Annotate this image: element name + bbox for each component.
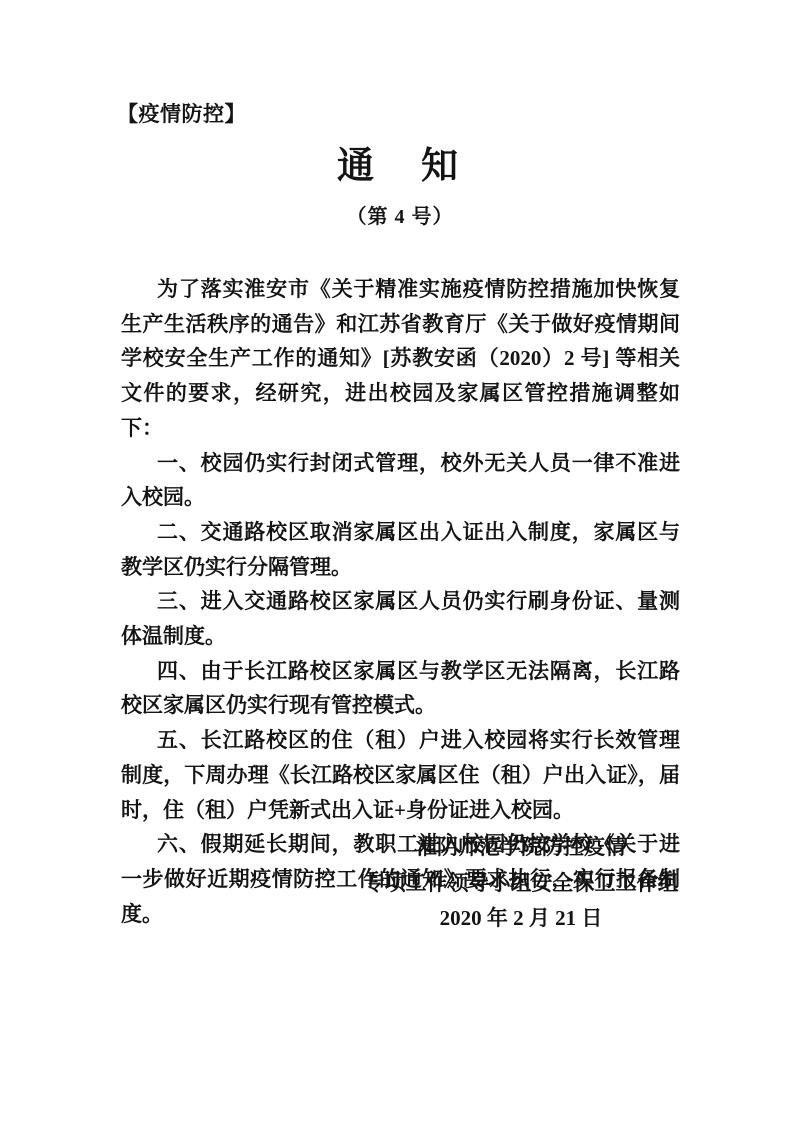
category-tag: 【疫情防控】 <box>117 101 246 127</box>
signature-date: 2020 年 2 月 21 日 <box>242 901 800 937</box>
notice-title: 通 知 <box>0 147 800 187</box>
list-item-3: 三、进入交通路校区家属区人员仍实行刷身份证、量测体温制度。 <box>121 584 680 653</box>
signature-org-line-2: 专项工作领导小组安全保卫工作组 <box>242 866 800 902</box>
notice-number: （第 4 号） <box>0 203 800 231</box>
intro-paragraph: 为了落实淮安市《关于精准实施疫情防控措施加快恢复生产生活秩序的通告》和江苏省教育… <box>121 272 680 446</box>
notice-page: 【疫情防控】 通 知 （第 4 号） 为了落实淮安市《关于精准实施疫情防控措施加… <box>0 0 800 1132</box>
list-item-2: 二、交通路校区取消家属区出入证出入制度，家属区与教学区仍实行分隔管理。 <box>121 515 680 584</box>
list-item-5: 五、长江路校区的住（租）户进入校园将实行长效管理制度，下周办理《长江路校区家属区… <box>121 723 680 827</box>
signature-block: 淮阴师范学院防控疫情 专项工作领导小组安全保卫工作组 2020 年 2 月 21… <box>242 830 800 937</box>
list-item-4: 四、由于长江路校区家属区与教学区无法隔离，长江路校区家属区仍实行现有管控模式。 <box>121 654 680 723</box>
list-item-1: 一、校园仍实行封闭式管理，校外无关人员一律不准进入校园。 <box>121 446 680 515</box>
signature-org-line-1: 淮阴师范学院防控疫情 <box>242 830 800 866</box>
